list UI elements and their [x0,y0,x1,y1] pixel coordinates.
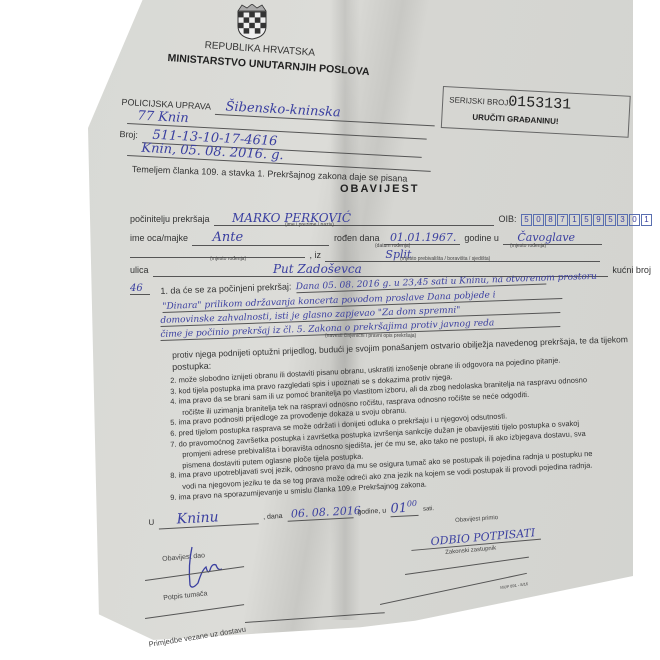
signoff-date: 06. 08. 2016 [287,504,354,521]
oib-digit: 5 [581,214,592,226]
oib-digit: 5 [521,214,532,226]
year-label: godine u [464,233,499,243]
oib-digit: 8 [545,214,556,226]
house-no-label: kućni broj [612,265,651,275]
parent-name: Ante [192,230,329,246]
date-label: , dana [263,513,283,521]
oib-digit: 7 [557,214,568,226]
from-label: , iz [309,250,321,260]
document-title: OBAVIJEST [340,183,420,195]
oib-label: OIB: [498,214,516,224]
parent-label: ime oca/majke [130,233,188,243]
signoff-minutes: 00 [407,499,418,509]
serial-number-label: SERIJSKI BROJ: [449,95,511,107]
oib-digit: 3 [617,214,628,226]
offender-label: počinitelju prekršaja [130,214,210,224]
oib-digit: 0 [533,214,544,226]
signoff-time: 0100 [390,499,419,518]
house-no: 46 [130,283,150,295]
serial-number-value: 0153131 [508,93,572,113]
street-label: ulica [130,265,149,275]
oib-digit: 9 [593,214,604,226]
coat-of-arms-icon [236,4,268,40]
place-prefix-label: U [148,518,154,527]
oib-digit: 1 [641,214,652,226]
year-label-2: godine, u [357,508,386,516]
oib-digit: 0 [629,214,640,226]
oib-digit: 1 [569,214,580,226]
signoff-hour: 01 [390,500,407,516]
hours-label: sati. [423,506,434,513]
serial-note: URUČITI GRAĐANINU! [472,113,559,127]
born-label: rođen dana [334,233,380,243]
offence-continuation-2: postupka: [172,361,211,372]
oib-digit: 5 [605,214,616,226]
offence-hint: (navesti činjenični i pravni opis prekrš… [325,333,416,339]
offender-name: MARKO PERKOVIĆ [214,211,494,226]
oib-boxes: 50871595301 [521,209,653,226]
